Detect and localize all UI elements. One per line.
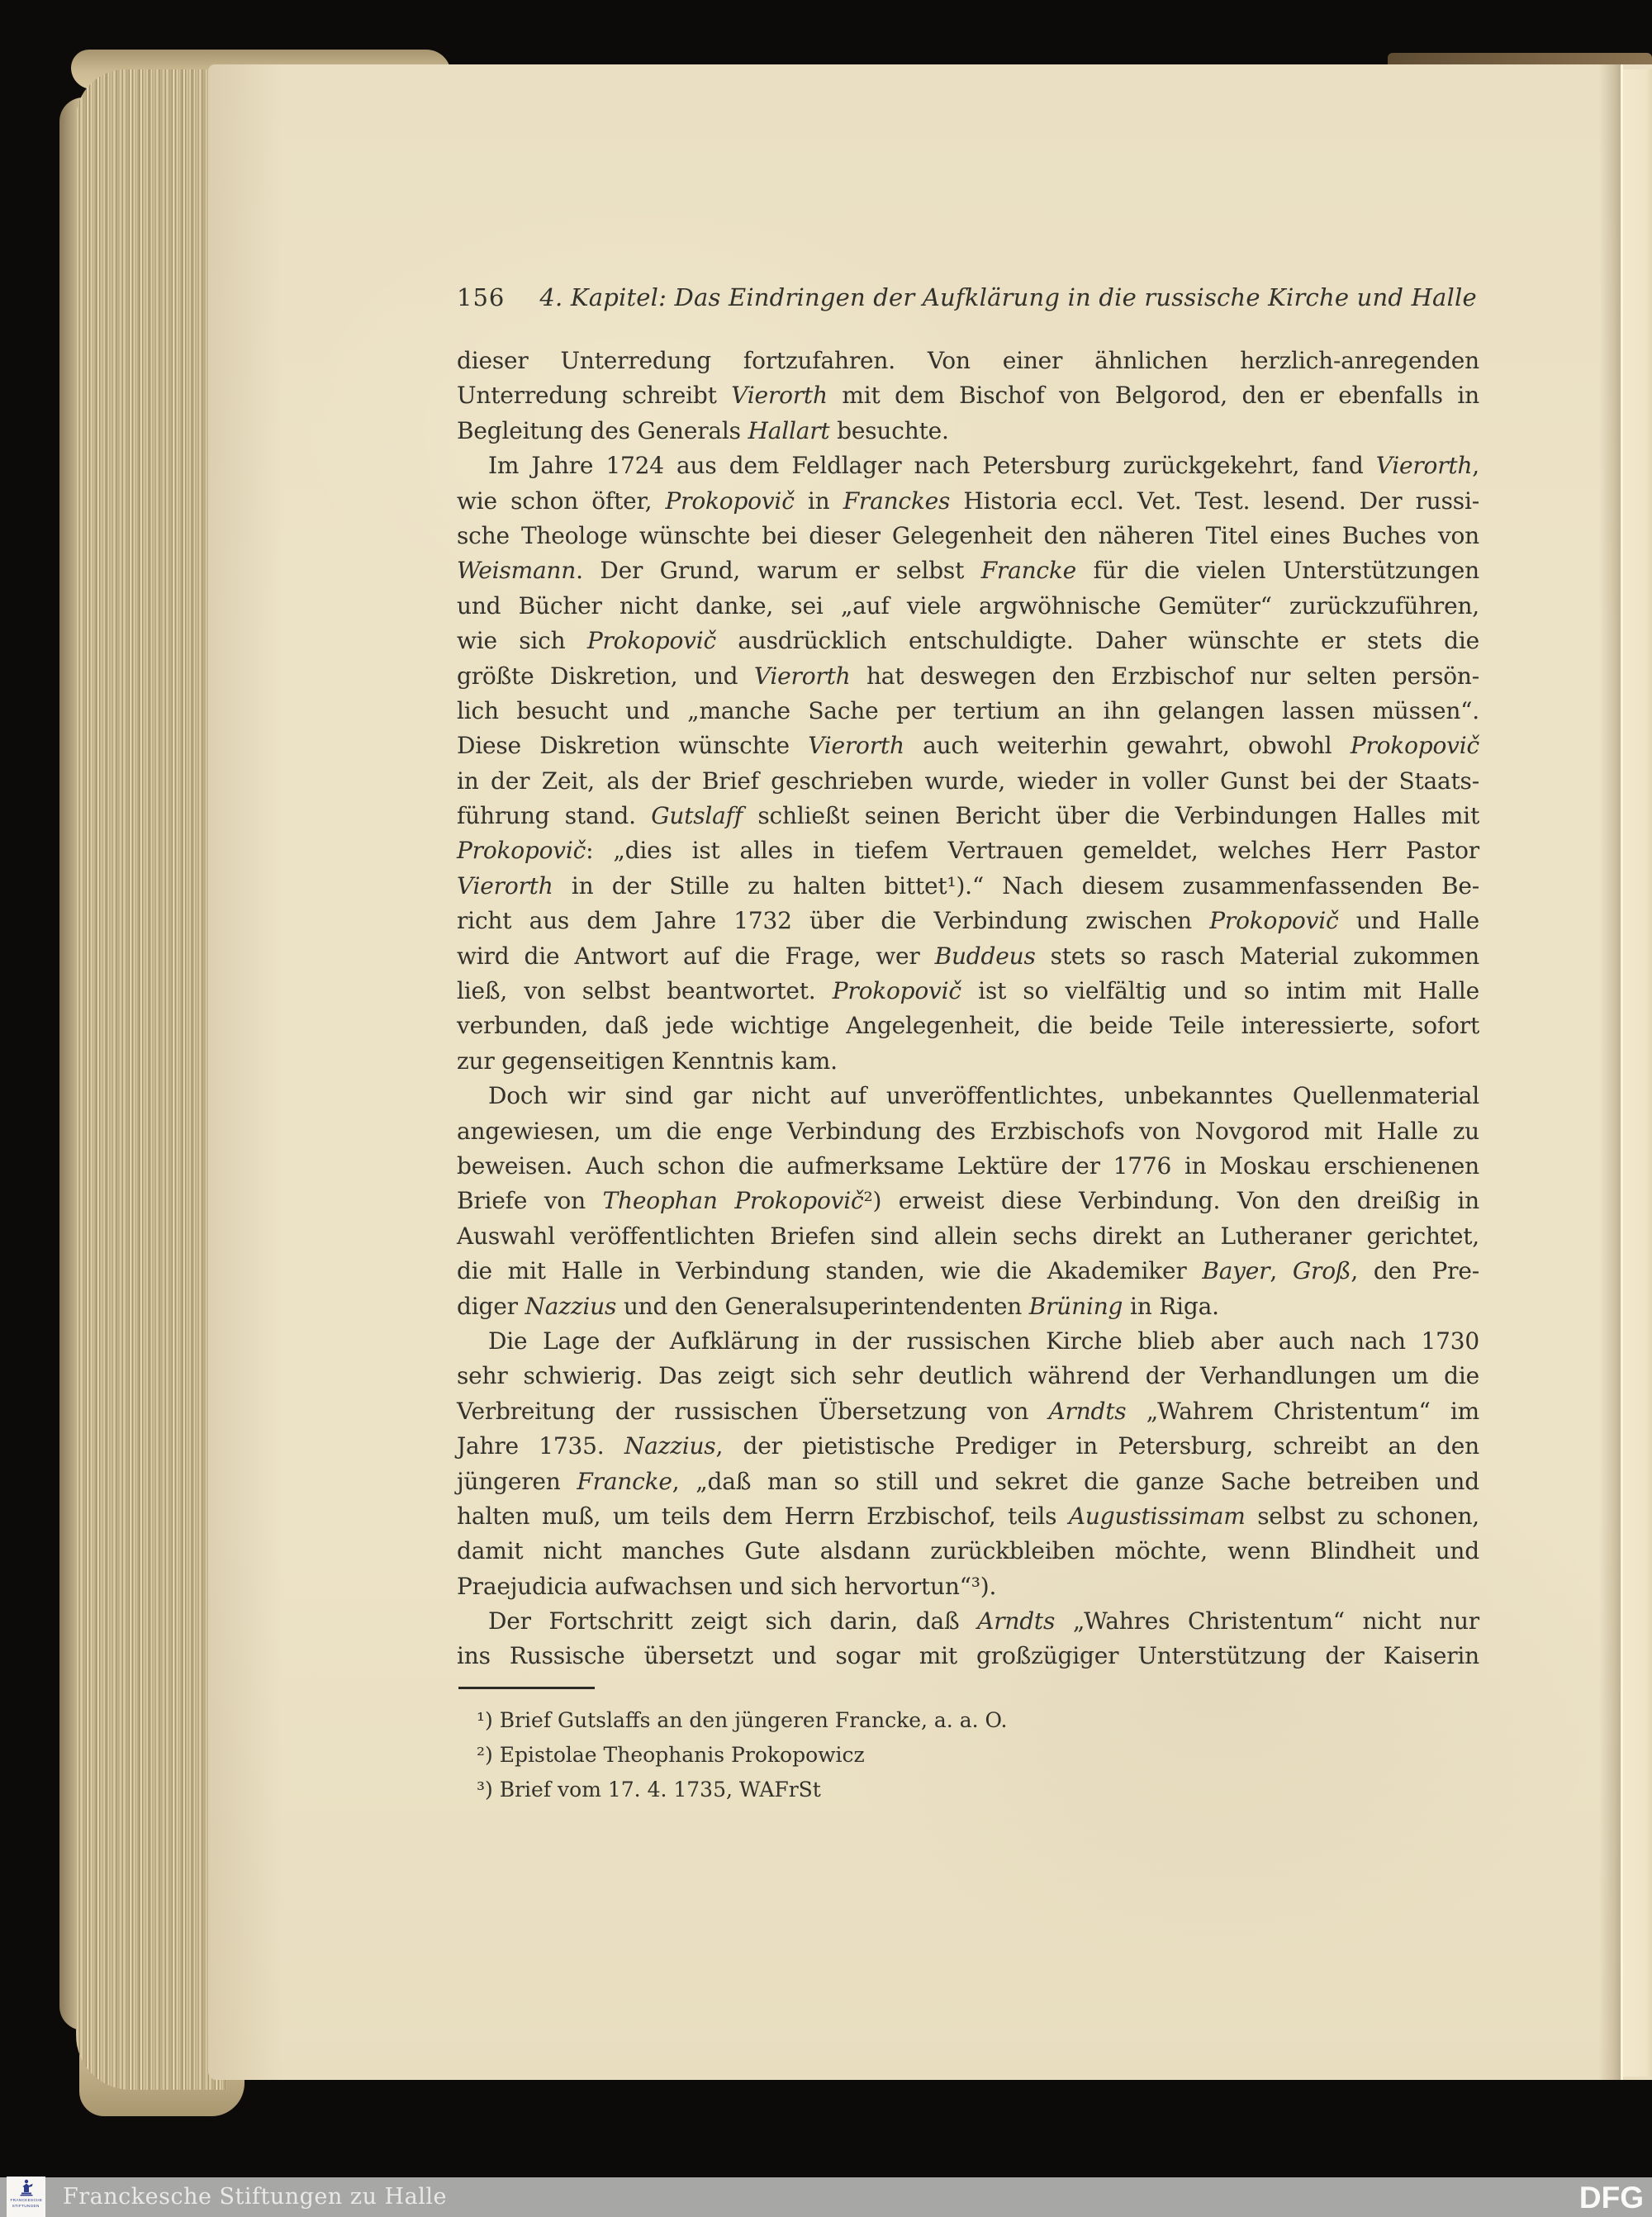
body-line: Die Lage der Aufklärung in der russische… [457, 1324, 1479, 1359]
body-line: zur gegenseitigen Kenntnis kam. [457, 1044, 1479, 1079]
body-line: dieser Unterredung fortzufahren. Von ein… [457, 344, 1479, 378]
body-line: Diese Diskretion wünschte Vierorth auch … [457, 729, 1479, 763]
body-line: jüngeren Francke, „daß man so still und … [457, 1465, 1479, 1499]
body-line: wie sich Prokopovič ausdrücklich entschu… [457, 624, 1479, 658]
paragraph: Im Jahre 1724 aus dem Feldlager nach Pet… [457, 449, 1479, 1079]
body-line: halten muß, um teils dem Herrn Erzbischo… [457, 1499, 1479, 1534]
body-line: sche Theologe wünschte bei dieser Gelege… [457, 519, 1479, 553]
body-line: größte Diskretion, und Vierorth hat desw… [457, 659, 1479, 694]
viewer-bottom-bar: FRANCKESCHE STIFTUNGEN Franckesche Stift… [0, 2177, 1652, 2217]
footnote-line: ²) Epistolae Theophanis Prokopowicz [457, 1738, 1479, 1773]
body-line: Unterredung schreibt Vierorth mit dem Bi… [457, 378, 1479, 413]
body-line: richt aus dem Jahre 1732 über die Verbin… [457, 904, 1479, 938]
body-line: ins Russische übersetzt und sogar mit gr… [457, 1639, 1479, 1673]
body-line: die mit Halle in Verbindung standen, wie… [457, 1254, 1479, 1289]
page-gutter-shadow [1599, 64, 1621, 2080]
franckesche-stiftungen-logo-icon [19, 2179, 34, 2199]
body-line: Prokopovič: „dies ist alles in tiefem Ve… [457, 833, 1479, 868]
body-line: ließ, von selbst beantwortet. Prokopovič… [457, 974, 1479, 1009]
footnotes: ¹) Brief Gutslaffs an den jüngeren Franc… [457, 1703, 1479, 1807]
body-line: Doch wir sind gar nicht auf unveröffentl… [457, 1079, 1479, 1113]
paragraph: Die Lage der Aufklärung in der russische… [457, 1324, 1479, 1604]
chapter-title: 4. Kapitel: Das Eindringen der Aufklärun… [539, 280, 1477, 315]
body-line: führung stand. Gutslaff schließt seinen … [457, 799, 1479, 833]
body-line: Weismann. Der Grund, warum er selbst Fra… [457, 553, 1479, 588]
next-page-edge [1623, 69, 1652, 2077]
body-line: und Bücher nicht danke, sei „auf viele a… [457, 589, 1479, 624]
institution-label: Franckesche Stiftungen zu Halle [63, 2177, 447, 2217]
page-header: 156 4. Kapitel: Das Eindringen der Aufkl… [457, 280, 1479, 315]
paragraph: Der Fortschritt zeigt sich darin, daß Ar… [457, 1604, 1479, 1674]
body-line: Im Jahre 1724 aus dem Feldlager nach Pet… [457, 449, 1479, 483]
body-line: Jahre 1735. Nazzius, der pietistische Pr… [457, 1429, 1479, 1464]
body-line: wird die Antwort auf die Frage, wer Budd… [457, 939, 1479, 974]
body-line: Praejudicia aufwachsen und sich hervortu… [457, 1569, 1479, 1604]
body-line: sehr schwierig. Das zeigt sich sehr deut… [457, 1359, 1479, 1393]
body-line: in der Zeit, als der Brief geschrieben w… [457, 764, 1479, 799]
body-line: diger Nazzius und den Generalsuperintend… [457, 1289, 1479, 1324]
footnote-separator-rule [458, 1687, 595, 1689]
body-line: Vierorth in der Stille zu halten bittet¹… [457, 869, 1479, 904]
body-line: angewiesen, um die enge Verbindung des E… [457, 1114, 1479, 1149]
paragraph: Doch wir sind gar nicht auf unveröffentl… [457, 1079, 1479, 1324]
paragraph: dieser Unterredung fortzufahren. Von ein… [457, 344, 1479, 449]
body-line: Verbreitung der russischen Übersetzung v… [457, 1394, 1479, 1429]
franckesche-stiftungen-logo: FRANCKESCHE STIFTUNGEN [7, 2177, 45, 2217]
logo-text-line2: STIFTUNGEN [12, 2205, 40, 2209]
body-line: damit nicht manches Gute alsdann zurückb… [457, 1534, 1479, 1569]
dfg-logo: DFG [1579, 2177, 1644, 2217]
book-scan-photo: 156 4. Kapitel: Das Eindringen der Aufkl… [0, 0, 1652, 2217]
footnote-line: ³) Brief vom 17. 4. 1735, WAFrSt [457, 1773, 1479, 1807]
body-line: Begleitung des Generals Hallart besuchte… [457, 414, 1479, 449]
body-line: beweisen. Auch schon die aufmerksame Lek… [457, 1149, 1479, 1184]
body-line: Auswahl veröffentlichten Briefen sind al… [457, 1219, 1479, 1254]
body-text: dieser Unterredung fortzufahren. Von ein… [457, 344, 1479, 1674]
page-number: 156 [457, 280, 505, 315]
book-page-stack-edge [76, 69, 226, 2090]
body-line: Briefe von Theophan Prokopovič²) erweist… [457, 1184, 1479, 1218]
logo-text-line1: FRANCKESCHE [10, 2199, 42, 2203]
body-line: verbunden, daß jede wichtige Angelegenhe… [457, 1009, 1479, 1043]
body-line: Der Fortschritt zeigt sich darin, daß Ar… [457, 1604, 1479, 1639]
body-line: lich besucht und „manche Sache per terti… [457, 694, 1479, 729]
footnote-line: ¹) Brief Gutslaffs an den jüngeren Franc… [457, 1703, 1479, 1738]
body-line: wie schon öfter, Prokopovič in Franckes … [457, 484, 1479, 519]
